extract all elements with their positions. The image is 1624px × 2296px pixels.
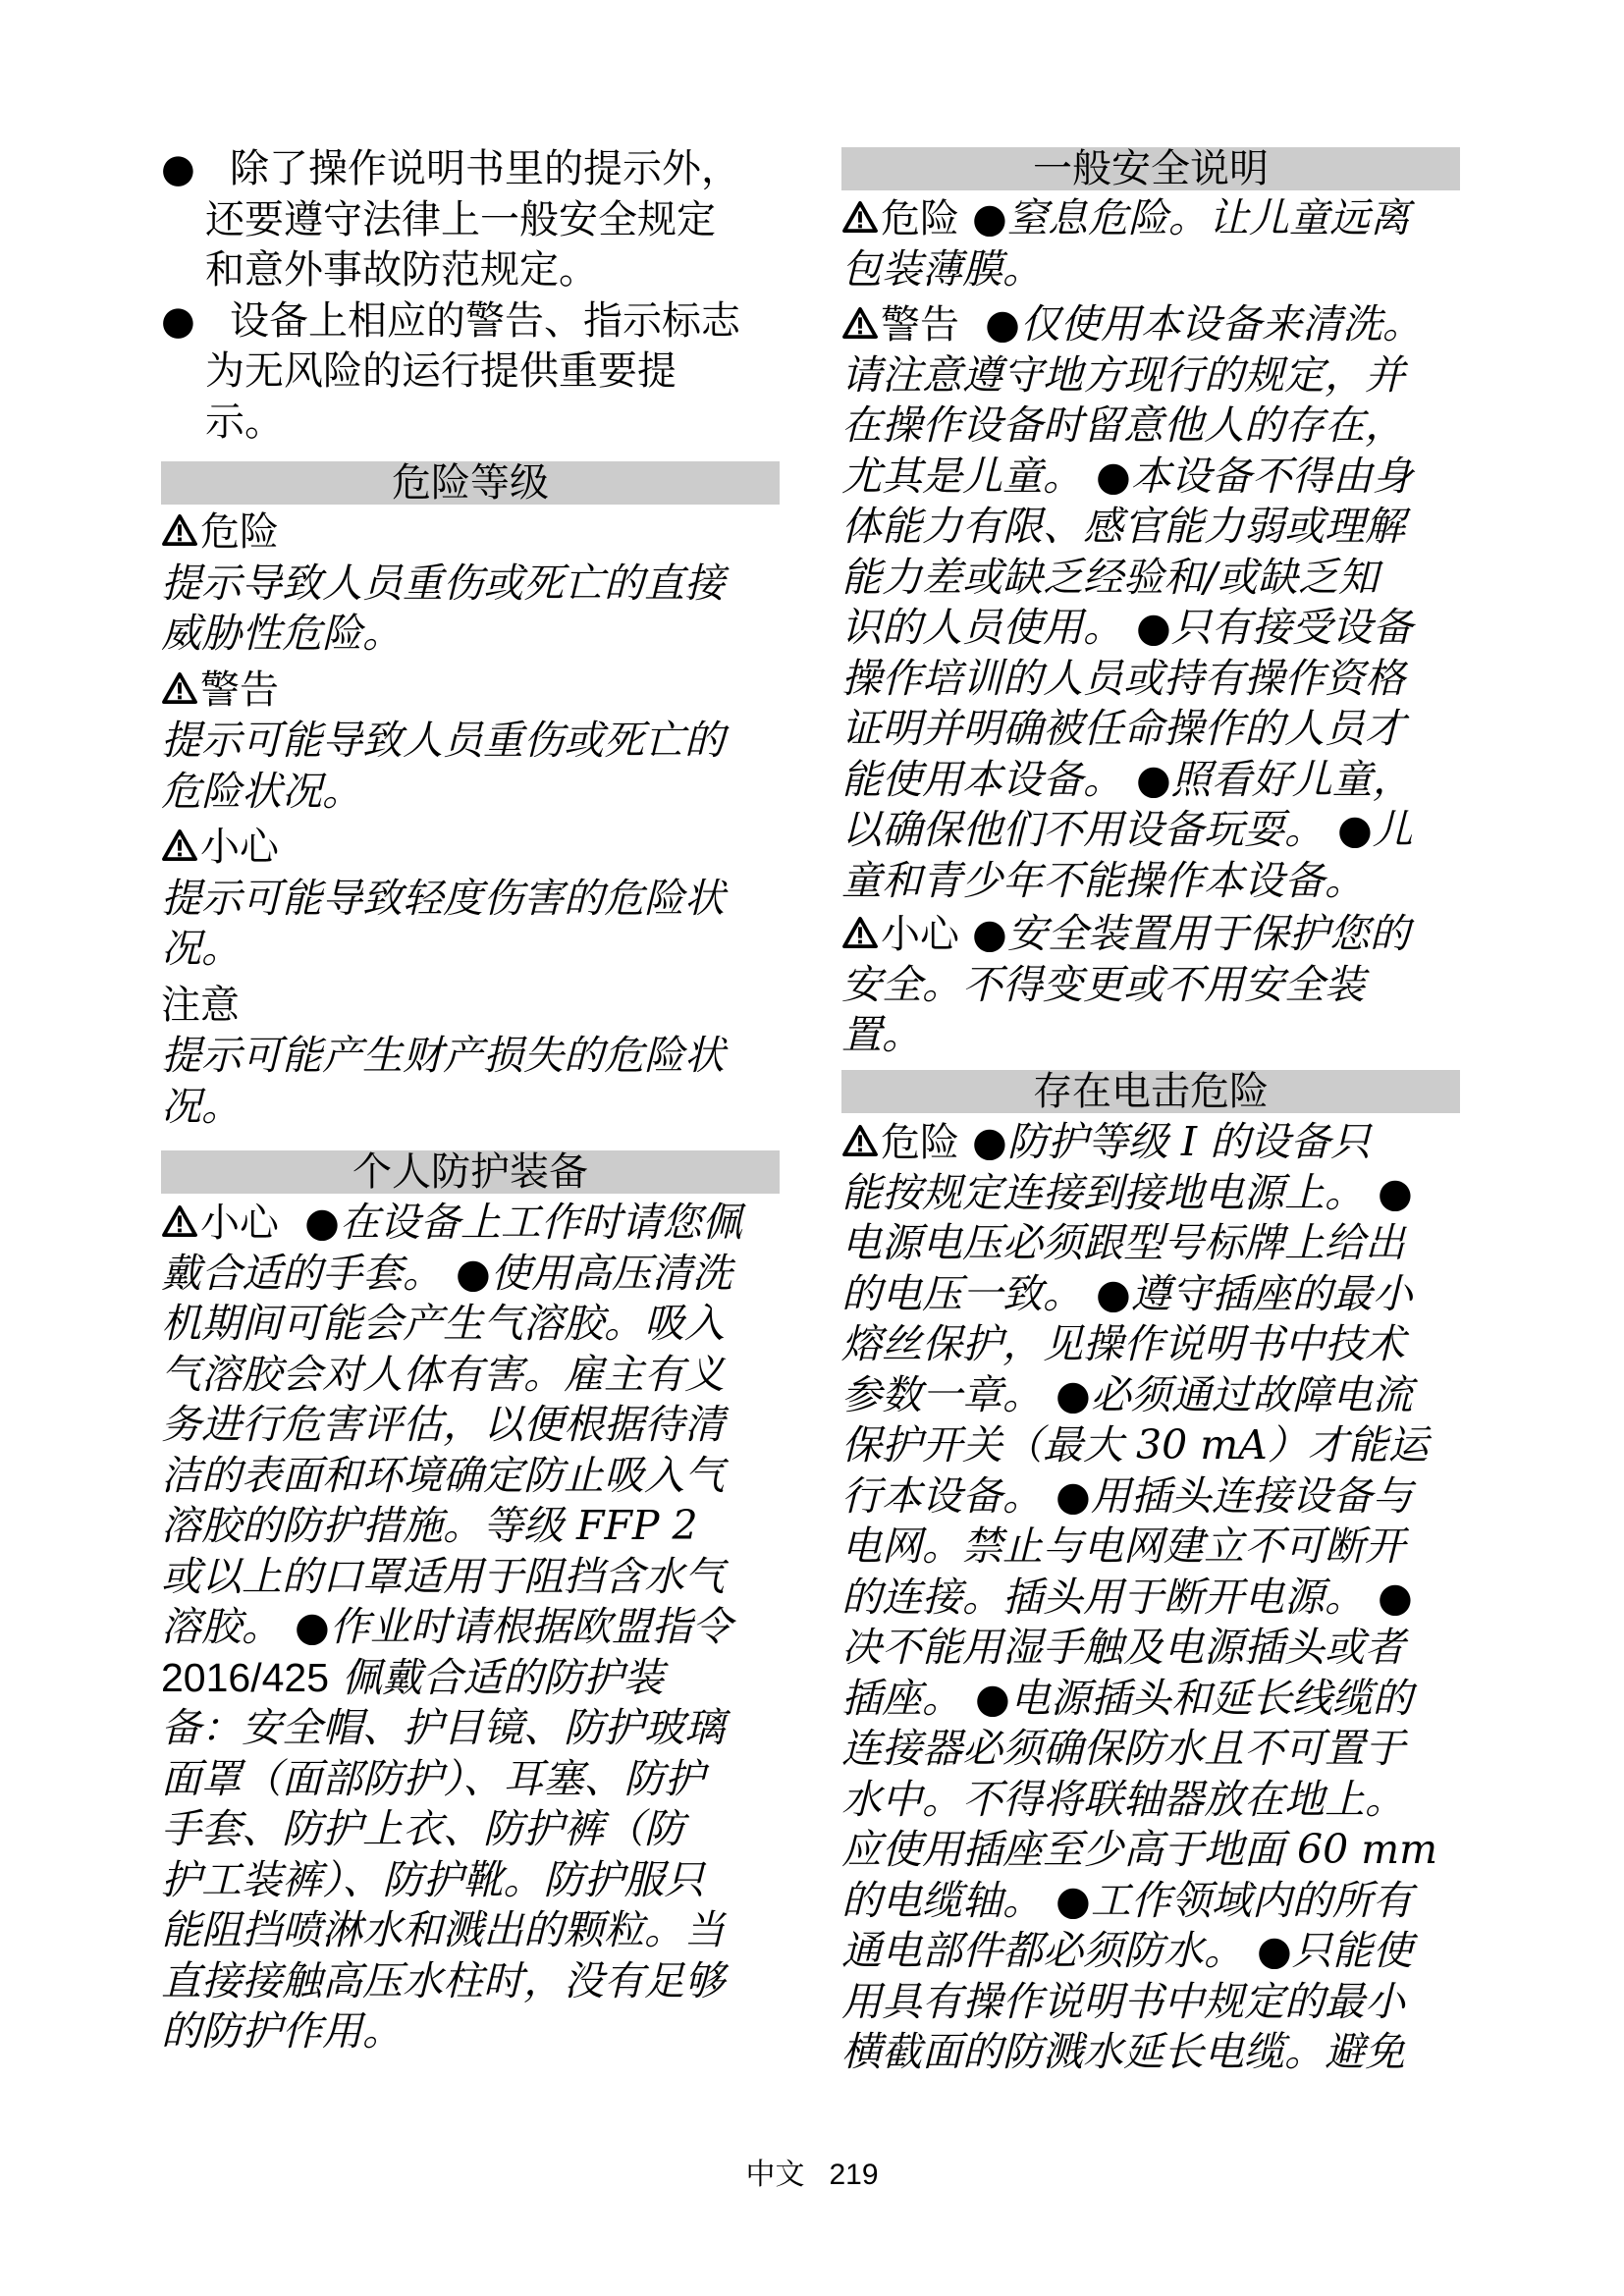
page-footer: 中文 219 [0,2150,1624,2193]
level-notice-heading: 注意 [161,981,780,1032]
text-line: 还要遵守法律上一般安全规定 [161,195,780,246]
page-number: 219 [829,2159,878,2191]
level-description: 提示可能产生财产损失的危险状 [161,1031,780,1082]
text-line: 示。 [161,398,780,449]
text-line: 熔丝保护，见操作说明书中技术 [841,1319,1460,1370]
section-header-ppe: 个人防护装备 [161,1150,780,1194]
text-line: 证明并明确被任命操作的人员才 [841,704,1460,755]
ppe-caution-line: 小心 ●在设备上工作时请您佩 [161,1198,780,1249]
text-line: 溶胶。 ●作业时请根据欧盟指令 [161,1602,780,1653]
text-line: 能使用本设备。 ●照看好儿童， [841,755,1460,806]
electric-danger-line: 危险 ●防护等级 I 的设备只 [841,1117,1460,1168]
text-line: 的电缆轴。 ●工作领域内的所有 [841,1876,1460,1927]
text-line: 通电部件都必须防水。 ●只能使 [841,1926,1460,1977]
text-line: 护工装裤）、防护靴。防护服只 [161,1855,780,1906]
warning-triangle-icon [841,916,879,949]
text-line: 气溶胶会对人体有害。雇主有义 [161,1350,780,1401]
warning-triangle-icon [161,828,198,862]
text-line: 行本设备。 ●用插头连接设备与 [841,1471,1460,1522]
text-line: 溶胶的防护措施。等级 FFP 2 [161,1501,780,1552]
text-line: 务进行危害评估，以便根据待清 [161,1400,780,1451]
warning-triangle-icon [841,306,879,340]
footer-language: 中文 [745,2159,804,2191]
text-line: 体能力有限、感官能力弱或理解 [841,502,1460,553]
level-description: 提示可能导致人员重伤或死亡的 [161,716,780,767]
text-line: 插座。 ●电源插头和延长线缆的 [841,1674,1460,1725]
text-line: 面罩（面部防护）、耳塞、防护 [161,1754,780,1805]
text-line: 以确保他们不用设备玩耍。 ●儿 [841,805,1460,856]
electric-shock-body: 危险 ●防护等级 I 的设备只 能按规定连接到接地电源上。 ● 电源电压必须跟型… [841,1117,1460,2078]
general-warning-line: 警告 ●仅使用本设备来清洗。 [841,299,1460,350]
intro-bullet-1: ●除了操作说明书里的提示外， [161,144,780,195]
text-line: 2016/425 佩戴合适的防护装 [161,1653,780,1704]
text-line: 包装薄膜。 [841,244,1460,295]
text-line: 用具有操作说明书中规定的最小 [841,1977,1460,2028]
text-line: 识的人员使用。 ●只有接受设备 [841,603,1460,654]
text-line: 能阻挡喷淋水和溅出的颗粒。当 [161,1905,780,1956]
general-safety-body: 危险 ●窒息危险。让儿童远离 包装薄膜。 警告 ●仅使用本设备来清洗。 请注意遵… [841,193,1460,1061]
text-line: 决不能用湿手触及电源插头或者 [841,1623,1460,1674]
text-line: 横截面的防溅水延长电缆。避免 [841,2027,1460,2078]
general-danger-line: 危险 ●窒息危险。让儿童远离 [841,193,1460,244]
text-line: 洁的表面和环境确定防止吸入气 [161,1451,780,1502]
warning-triangle-icon [161,513,198,547]
level-warning-heading: 警告 [161,666,780,717]
text-line: 连接器必须确保防水且不可置于 [841,1724,1460,1775]
text-line: 戴合适的手套。 ●使用高压清洗 [161,1249,780,1300]
level-description: 危险状况。 [161,767,780,818]
text-line: 电源电压必须跟型号标牌上给出 [841,1218,1460,1269]
intro-bullets: ●除了操作说明书里的提示外， 还要遵守法律上一般安全规定 和意外事故防范规定。 … [161,144,780,448]
text-line: 水中。不得将联轴器放在地上。 [841,1775,1460,1826]
text-line: 参数一章。 ●必须通过故障电流 [841,1370,1460,1421]
text-line: 手套、防护上衣、防护裤（防 [161,1804,780,1855]
ppe-body: 小心 ●在设备上工作时请您佩 戴合适的手套。 ●使用高压清洗 机期间可能会产生气… [161,1198,780,2057]
level-description: 况。 [161,924,780,975]
text-line: 能力差或缺乏经验和/或缺乏知 [841,553,1460,604]
danger-levels-list: 危险 提示导致人员重伤或死亡的直接 威胁性危险。 警告 提示可能导致人员重伤或死… [161,507,780,1132]
text-line: 保护开关（最大 30 mA）才能运 [841,1420,1460,1471]
text-line: 请注意遵守地方现行的规定，并 [841,350,1460,401]
text-line: 和意外事故防范规定。 [161,245,780,296]
section-header-electric-shock: 存在电击危险 [841,1070,1460,1113]
text-line: 的电压一致。 ●遵守插座的最小 [841,1269,1460,1320]
text-line: 备：安全帽、护目镜、防护玻璃 [161,1703,780,1754]
level-caution-heading: 小心 [161,823,780,874]
level-description: 提示导致人员重伤或死亡的直接 [161,559,780,610]
warning-triangle-icon [161,1204,198,1238]
general-caution-line: 小心 ●安全装置用于保护您的 [841,909,1460,960]
text-line: 能按规定连接到接地电源上。 ● [841,1168,1460,1219]
text-line: 应使用插座至少高于地面 60 mm [841,1825,1460,1876]
text-line: 操作培训的人员或持有操作资格 [841,654,1460,705]
text-line: 尤其是儿童。 ●本设备不得由身 [841,452,1460,503]
text-line: 电网。禁止与电网建立不可断开 [841,1522,1460,1573]
intro-bullet-2: ●设备上相应的警告、指示标志 [161,296,780,347]
text-line: 机期间可能会产生气溶胶。吸入 [161,1299,780,1350]
text-line: 童和青少年不能操作本设备。 [841,856,1460,907]
level-danger-heading: 危险 [161,507,780,559]
level-description: 威胁性危险。 [161,609,780,660]
section-header-general-safety: 一般安全说明 [841,147,1460,190]
warning-triangle-icon [841,1124,879,1157]
warning-triangle-icon [161,671,198,705]
text-line: 在操作设备时留意他人的存在， [841,400,1460,452]
text-line: 的连接。插头用于断开电源。 ● [841,1573,1460,1624]
text-line: 直接接触高压水柱时，没有足够 [161,1956,780,2007]
level-description: 提示可能导致轻度伤害的危险状 [161,874,780,925]
warning-triangle-icon [841,200,879,234]
text-line: 安全。不得变更或不用安全装 [841,960,1460,1011]
text-line: 置。 [841,1010,1460,1061]
text-line: 为无风险的运行提供重要提 [161,347,780,398]
level-description: 况。 [161,1082,780,1133]
text-line: 或以上的口罩适用于阻挡含水气 [161,1552,780,1603]
text-line: 的防护作用。 [161,2006,780,2057]
section-header-danger-levels: 危险等级 [161,461,780,505]
